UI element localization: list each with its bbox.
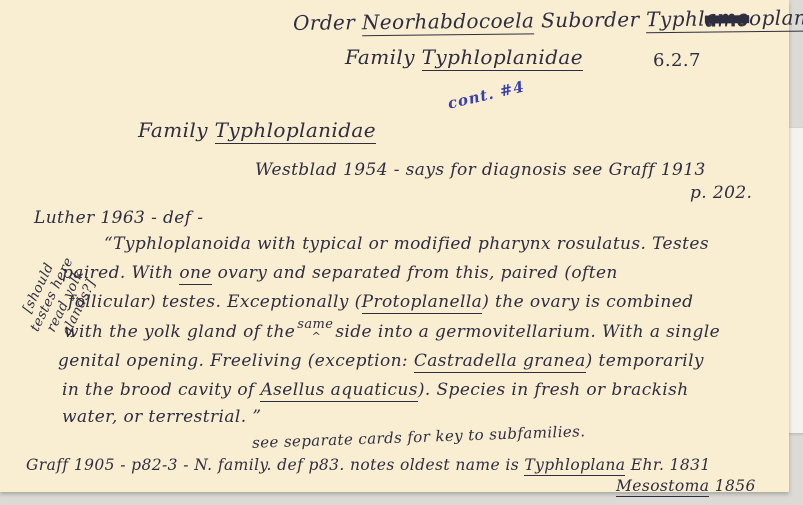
underlined-protoplanella: Protoplanella — [362, 292, 483, 314]
luther-reference: Luther 1963 - def - — [34, 208, 203, 228]
westblad-reference: Westblad 1954 - says for diagnosis see G… — [255, 160, 706, 180]
order-label: Order — [293, 10, 355, 35]
card-number: 6.2.7 — [653, 50, 701, 71]
underlined-typhloplana: Typhloplana — [524, 456, 625, 476]
suborder-value: Typhlamooplanoida — [646, 5, 803, 33]
mesostoma-note: Mesostoma 1856 — [616, 477, 756, 495]
header-family-line: Family Typhloplanidae — [345, 45, 583, 69]
section-family-value: Typhloplanidae — [215, 118, 376, 144]
quote-line-5: genital opening. Freeliving (exception: … — [58, 351, 704, 371]
underlined-asellus: Asellus aquaticus — [260, 380, 417, 402]
quote-line-2: paired. With one ovary and separated fro… — [62, 263, 618, 283]
scanned-index-card-page: { "page": { "background": "#dcdad5", "ca… — [0, 0, 803, 505]
underlined-one: one — [179, 263, 211, 285]
underlined-mesostoma: Mesostoma — [616, 477, 709, 497]
underlined-castradella: Castradella granea — [414, 351, 586, 373]
order-value: Neorhabdocoela — [362, 8, 535, 36]
section-family-label: Family — [138, 118, 208, 142]
continuation-note: cont. #4 — [446, 77, 526, 112]
see-separate-note: see separate cards for key to subfamilie… — [252, 422, 586, 452]
westblad-page: p. 202. — [690, 183, 752, 203]
scribbled-out-text: amo — [705, 6, 749, 30]
quote-line-1: “Typhloplanoida with typical or modified… — [104, 234, 709, 254]
quote-line-3: follicular) testes. Exceptionally (Proto… — [68, 292, 693, 312]
section-family-heading: Family Typhloplanidae — [138, 118, 376, 142]
quote-line-7: water, or terrestrial. ” — [62, 407, 261, 427]
suborder-label: Suborder — [541, 7, 640, 32]
family-value: Typhloplanidae — [422, 45, 583, 71]
index-card: Order Neorhabdocoela Suborder Typhlamoop… — [0, 0, 789, 492]
header-order-line: Order Neorhabdocoela Suborder Typhlamoop… — [293, 5, 803, 35]
family-label: Family — [345, 45, 415, 69]
quote-line-6: in the brood cavity of Asellus aquaticus… — [62, 380, 689, 400]
graff-reference: Graff 1905 - p82-3 - N. family. def p83.… — [26, 456, 711, 474]
quote-line-4: with the yolk gland of thesameside into … — [64, 322, 720, 342]
inserted-word-same: same — [297, 317, 333, 332]
